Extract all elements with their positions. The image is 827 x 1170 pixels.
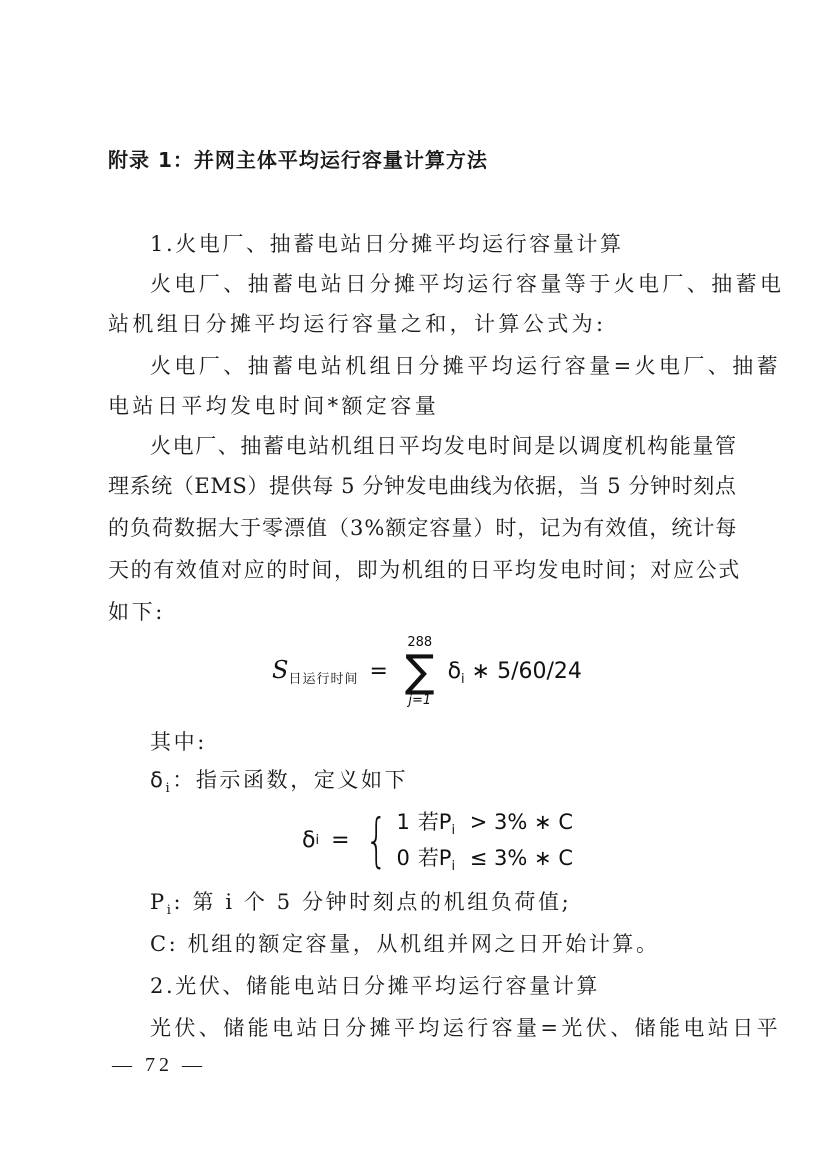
formula-rest: ∗ 5/60/24 [465, 659, 582, 684]
formula-lhs: δ [302, 828, 315, 853]
page-number: — 72 — [112, 1054, 206, 1077]
delta-symbol: δ [448, 659, 461, 684]
paragraph-line: 站机组日分摊平均运行容量之和，计算公式为: [108, 310, 718, 338]
sigma-icon: ∑ [405, 650, 435, 694]
case-row-1: 1若Pi > 3% ∗ C [396, 806, 581, 838]
paragraph-line: 电站日平均发电时间*额定容量 [108, 392, 718, 420]
paragraph-line: 如下: [108, 598, 718, 626]
delta-definition-text: ：指示函数，定义如下 [172, 768, 408, 792]
case-value: 1 [396, 810, 409, 834]
formula-lhs-subscript: i [315, 833, 319, 848]
delta-symbol: δ [150, 768, 165, 792]
piecewise-wrapper: δi = { 1若Pi > 3% ∗ C 0若Pi ≤ 3% ∗ C [302, 806, 581, 874]
formula-lhs-subscript: 日运行时间 [288, 672, 358, 687]
left-brace-icon: { [365, 811, 387, 869]
paragraph-line: 理系统（EMS）提供每 5 分钟发电曲线为依据，当 5 分钟时刻点 [108, 472, 718, 500]
case-row-2: 0若Pi ≤ 3% ∗ C [396, 842, 581, 874]
case-value: 0 [396, 846, 409, 870]
summation: 288 ∑ j=1 [405, 636, 435, 708]
sum-lower-limit: j=1 [408, 694, 431, 708]
formula-daily-run-time: S日运行时间 = 288 ∑ j=1 δi ∗ 5/60/24 [272, 636, 582, 708]
appendix-title: 附录 1：并网主体平均运行容量计算方法 [108, 146, 488, 174]
formula-indicator-function: δi = { 1若Pi > 3% ∗ C 0若Pi ≤ 3% ∗ C [302, 806, 581, 874]
delta-definition: δi：指示函数，定义如下 [150, 766, 760, 803]
section-2-heading: 2.光伏、储能电站日分摊平均运行容量计算 [150, 972, 760, 1000]
paragraph-line: 天的有效值对应的时间，即为机组的日平均发电时间；对应公式 [108, 556, 718, 584]
equals-sign: = [369, 659, 387, 684]
where-label: 其中: [150, 728, 760, 756]
equals-sign: = [331, 828, 349, 853]
case-condition-rest: ≤ 3% ∗ C [463, 846, 573, 870]
cases: 1若Pi > 3% ∗ C 0若Pi ≤ 3% ∗ C [396, 806, 581, 874]
pi-definition-text: : 第 i 个 5 分钟时刻点的机组负荷值; [174, 890, 572, 914]
paragraph-line: 的负荷数据大于零漂值（3%额定容量）时，记为有效值，统计每 [108, 514, 718, 542]
case-condition-prefix: 若P [418, 846, 452, 870]
case-condition-subscript: i [451, 823, 455, 838]
pi-subscript: i [167, 903, 174, 918]
section-1-heading: 1.火电厂、抽蓄电站日分摊平均运行容量计算 [150, 230, 760, 258]
c-definition: C: 机组的额定容量，从机组并网之日开始计算。 [150, 930, 760, 958]
pi-definition: Pi: 第 i 个 5 分钟时刻点的机组负荷值; [150, 888, 760, 925]
case-condition-subscript: i [451, 859, 455, 874]
paragraph-line: 火电厂、抽蓄电站机组日平均发电时间是以调度机构能量管 [150, 432, 760, 460]
case-condition-rest: > 3% ∗ C [463, 810, 573, 834]
document-page: 附录 1：并网主体平均运行容量计算方法 1.火电厂、抽蓄电站日分摊平均运行容量计… [0, 0, 827, 1170]
paragraph-line: 火电厂、抽蓄电站机组日分摊平均运行容量=火电厂、抽蓄 [150, 352, 760, 380]
paragraph-line: 光伏、储能电站日分摊平均运行容量=光伏、储能电站日平 [150, 1014, 760, 1042]
formula-lhs: S [272, 656, 288, 684]
pi-symbol: P [150, 890, 167, 914]
case-condition-prefix: 若P [418, 810, 452, 834]
paragraph-line: 火电厂、抽蓄电站日分摊平均运行容量等于火电厂、抽蓄电 [150, 270, 760, 298]
